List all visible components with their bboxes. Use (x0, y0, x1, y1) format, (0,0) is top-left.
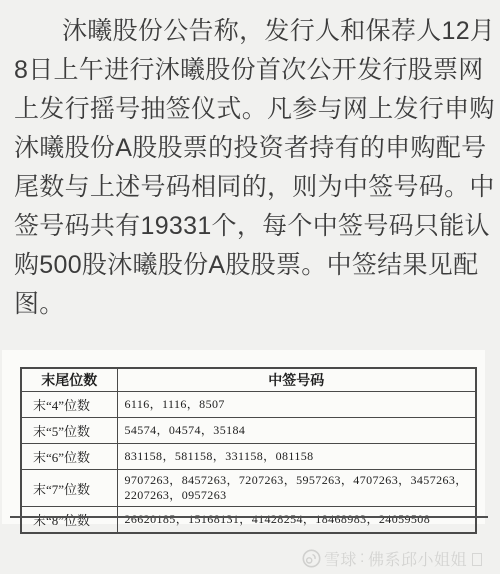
winning-numbers-cell: 6116，1116，8507 (117, 392, 476, 418)
paragraph-line: 沐曦股份公告称，发行人和保荐人12月 (14, 12, 488, 51)
winning-numbers-tbody: 末“4”位数 6116，1116，8507 末“5”位数 54574，04574… (21, 392, 476, 534)
xueqiu-snowball-logo-icon (302, 549, 321, 568)
paragraph-line: 购500股沐曦股份A股股票。中签结果见配 (14, 246, 488, 285)
watermark-username: 佛系邱小姐姐 (368, 547, 467, 570)
xueqiu-watermark: 雪球: 佛系邱小姐姐 (302, 547, 482, 569)
tail-digits-cell: 末“6”位数 (21, 444, 117, 470)
table-row: 末“7”位数 9707263，8457263，7207263，5957263，4… (21, 470, 476, 507)
table-row: 末“8”位数 26620185，15168131，41428254，184689… (21, 507, 476, 534)
winning-numbers-cell: 54574，04574，35184 (117, 418, 476, 444)
watermark-badge-icon (472, 553, 482, 566)
paragraph-line: 上发行摇号抽签仪式。凡参与网上发行申购 (14, 90, 488, 129)
paragraph-line: 签号码共有19331个，每个中签号码只能认 (14, 207, 488, 246)
col-header-winning-numbers: 中签号码 (117, 368, 476, 392)
paragraph-line: 图。 (14, 285, 488, 324)
tail-digits-cell: 末“8”位数 (21, 507, 117, 534)
table-header-row: 末尾位数 中签号码 (21, 368, 476, 392)
paragraph-line: 8日上午进行沐曦股份首次公开发行股票网 (14, 51, 488, 90)
allotment-table-image[interactable]: 末尾位数 中签号码 末“4”位数 6116，1116，8507 末“5”位数 5… (2, 350, 485, 524)
winning-numbers-cell: 9707263，8457263，7207263，5957263，4707263，… (117, 470, 476, 507)
winning-numbers-cell: 26620185，15168131，41428254，18468983，2405… (117, 507, 476, 534)
paragraph-line: 沐曦股份A股股票的投资者持有的申购配号 (14, 129, 488, 168)
table-bottom-rule (10, 516, 488, 518)
table-row: 末“5”位数 54574，04574，35184 (21, 418, 476, 444)
announcement-paragraph: 沐曦股份公告称，发行人和保荐人12月8日上午进行沐曦股份首次公开发行股票网上发行… (14, 12, 488, 324)
tail-digits-cell: 末“7”位数 (21, 470, 117, 507)
table-row: 末“4”位数 6116，1116，8507 (21, 392, 476, 418)
table-row: 末“6”位数 831158，581158，331158，081158 (21, 444, 476, 470)
watermark-brand: 雪球 (324, 547, 357, 570)
winning-numbers-cell: 831158，581158，331158，081158 (117, 444, 476, 470)
tail-digits-cell: 末“5”位数 (21, 418, 117, 444)
winning-numbers-table: 末尾位数 中签号码 末“4”位数 6116，1116，8507 末“5”位数 5… (20, 367, 477, 534)
watermark-separator: : (360, 549, 365, 567)
col-header-tail-digits: 末尾位数 (21, 368, 117, 392)
tail-digits-cell: 末“4”位数 (21, 392, 117, 418)
paragraph-line: 尾数与上述号码相同的，则为中签号码。中 (14, 168, 488, 207)
